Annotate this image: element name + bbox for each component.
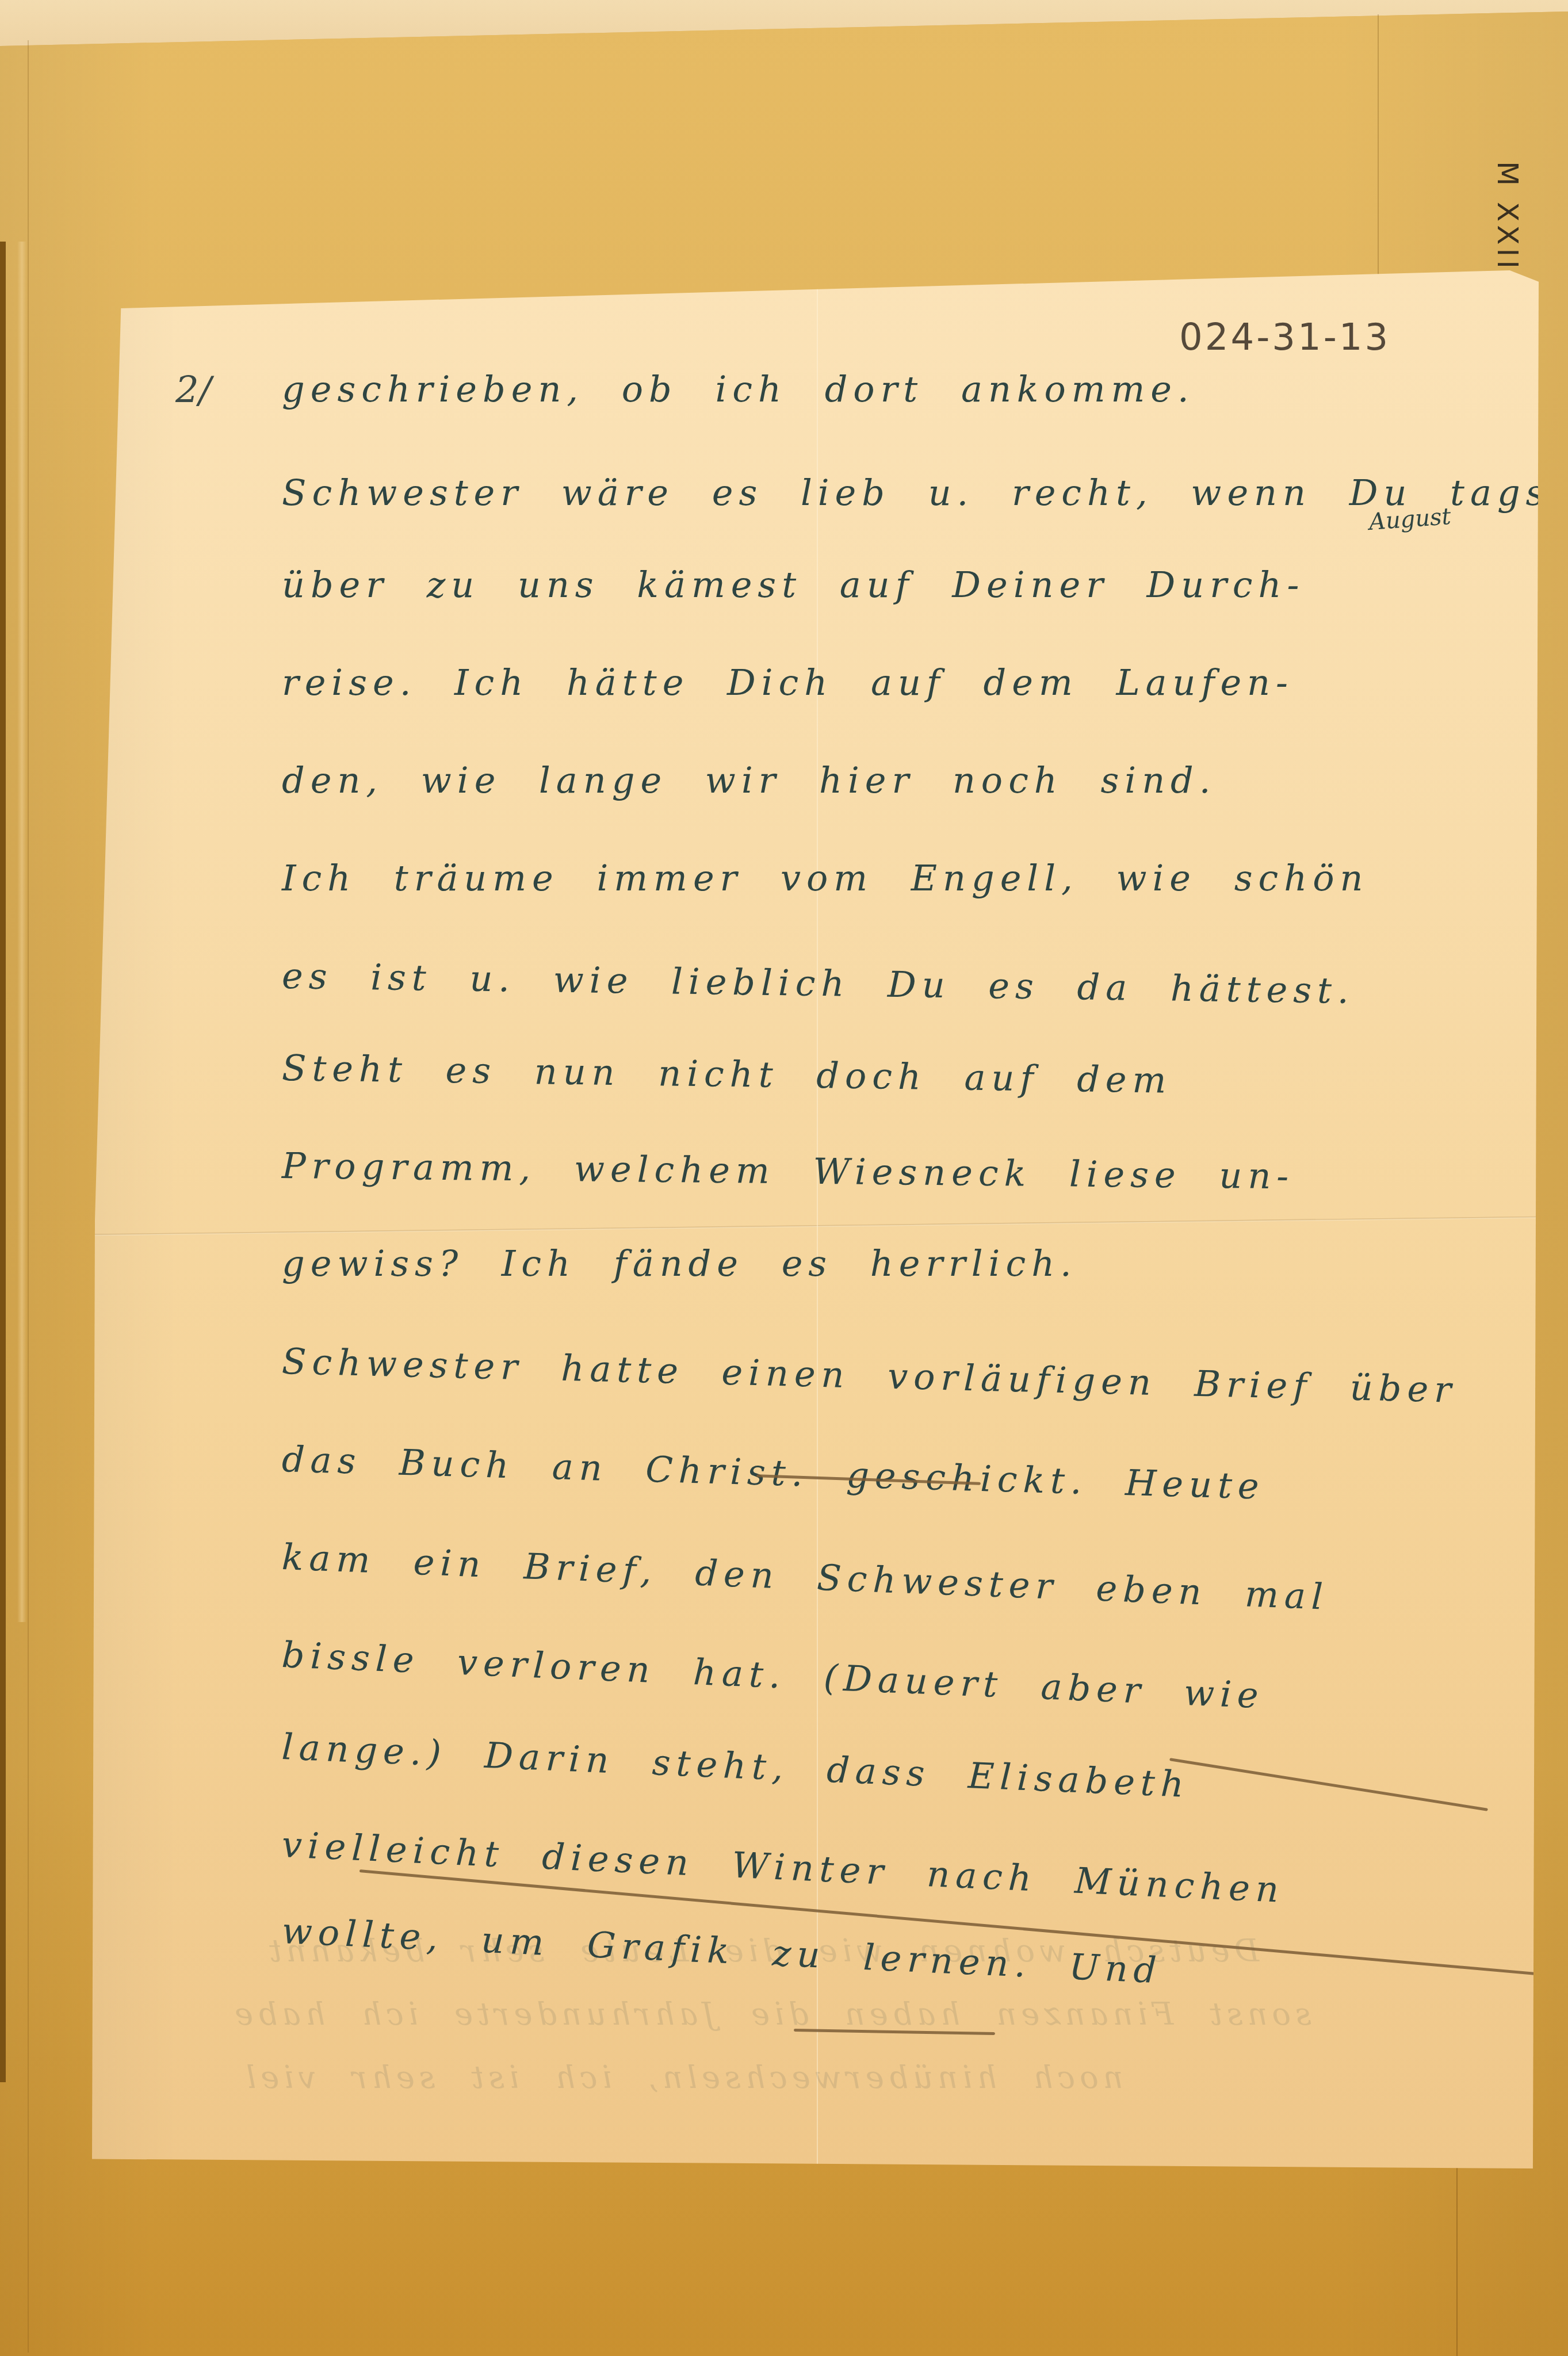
letter-line: kam ein Brief, den Schwester eben mal: [281, 1536, 1330, 1618]
letter-line: wollte, um Grafik zu lernen. Und: [281, 1910, 1163, 1991]
letter-line: reise. Ich hätte Dich auf dem Laufen-: [282, 661, 1294, 703]
horizontal-fold: [92, 1217, 1539, 1236]
folder-left-edge: [0, 242, 6, 2082]
letter-line: Schwester hatte einen vorläufigen Brief …: [281, 1340, 1458, 1411]
letter-line: den, wie lange wir hier noch sind.: [282, 759, 1216, 801]
letter-line: Steht es nun nicht doch auf dem: [281, 1047, 1172, 1101]
letter-line: Programm, welchem Wiesneck liese un-: [282, 1145, 1295, 1197]
letter-line: Schwester wäre es lieb u. recht, wenn Du…: [282, 472, 1567, 514]
page-marker: 2/: [175, 369, 211, 412]
shelfmark-series: M XXIII: [1491, 161, 1524, 284]
letter-page: Deutsch wohnen wie die Leute sehr bekann…: [92, 270, 1539, 2168]
letter-line: vielleicht diesen Winter nach München: [281, 1823, 1285, 1911]
folder-inner-edge: [17, 242, 26, 1622]
bleed-through-line: sonst Finanzen haben die Jahrhunderte ic…: [230, 1996, 1311, 2032]
folder-flap-line-top: [1378, 14, 1379, 313]
letter-line: Ich träume immer vom Engell, wie schön: [282, 857, 1368, 899]
folder-crease: [28, 40, 29, 2353]
letter-line: lange.) Darin steht, dass Elisabeth: [281, 1726, 1190, 1806]
letter-line: bissle verloren hat. (Dauert aber wie: [281, 1634, 1265, 1717]
letter-line: über zu uns kämest auf Deiner Durch-: [282, 564, 1305, 606]
letter-line: es ist u. wie lieblich Du es da hättest.: [281, 955, 1355, 1012]
letter-line: das Buch an Christ. geschickt. Heute: [281, 1438, 1265, 1508]
bleed-through-line: noch hinüberwechseln, ich ist sehr viel: [242, 2059, 1123, 2095]
letter-line: gewiss? Ich fände es herrlich.: [282, 1242, 1077, 1284]
underline-elisabeth: [1169, 1758, 1488, 1811]
letter-line: geschrieben, ob ich dort ankomme.: [282, 368, 1195, 410]
archive-number: 024-31-13: [1179, 316, 1390, 359]
